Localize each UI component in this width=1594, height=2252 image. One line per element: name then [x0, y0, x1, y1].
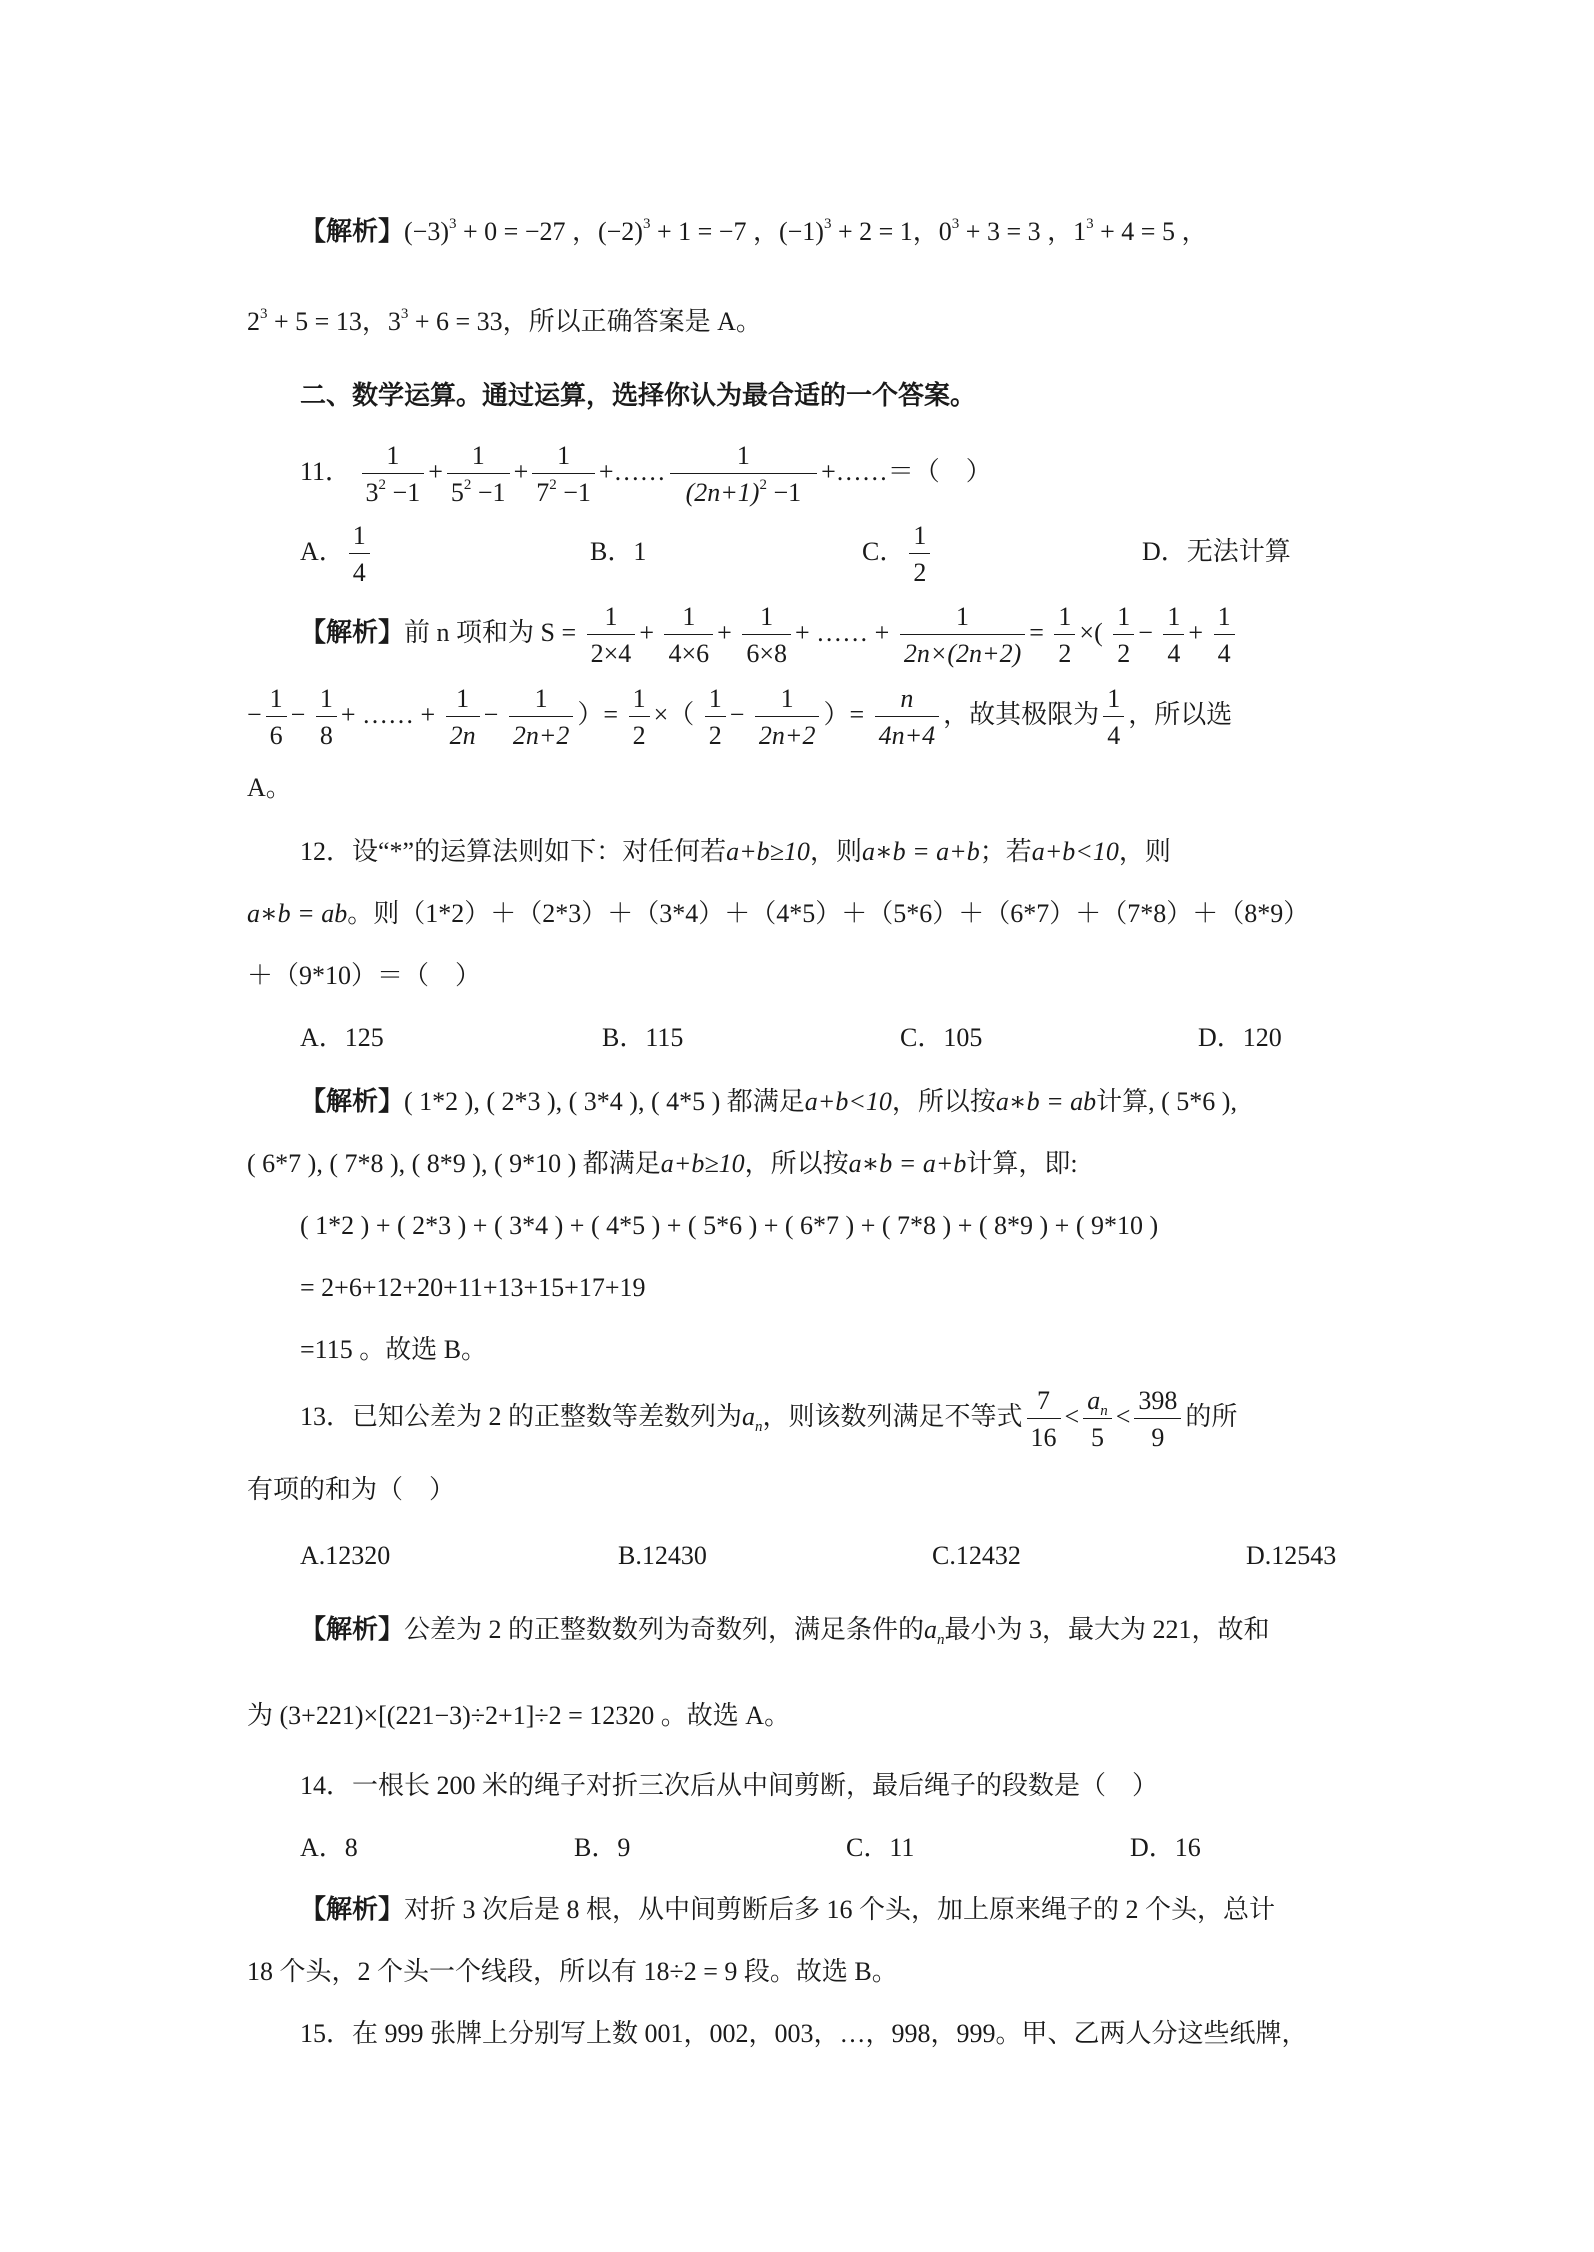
- fraction: 172 −1: [532, 443, 595, 506]
- q14-option-a[interactable]: A．8: [300, 1832, 358, 1864]
- q12-option-d[interactable]: D．120: [1198, 1022, 1282, 1054]
- q11-option-c[interactable]: C．12: [862, 520, 934, 584]
- q13-question-line1: 13．已知公差为 2 的正整数等差数列为an，则该数列满足不等式716<an5<…: [300, 1382, 1237, 1452]
- q14-analysis-line2: 18 个头，2 个头一个线段，所以有 18÷2 = 9 段。故选 B。: [247, 1956, 898, 1988]
- q12-option-b[interactable]: B．115: [602, 1022, 683, 1054]
- q13-option-a[interactable]: A.12320: [300, 1540, 390, 1572]
- fraction: 1(2n+1)2 −1: [670, 443, 818, 506]
- q14-analysis-line1: 【解析】对折 3 次后是 8 根，从中间剪断后多 16 个头，加上原来绳子的 2…: [300, 1894, 1275, 1926]
- q12-option-c[interactable]: C．105: [900, 1022, 982, 1054]
- q12-analysis-line4: = 2+6+12+20+11+13+15+17+19: [300, 1272, 646, 1304]
- q14-question: 14．一根长 200 米的绳子对折三次后从中间剪断，最后绳子的段数是（ ）: [300, 1770, 1158, 1802]
- q13-analysis-line1: 【解析】公差为 2 的正整数数列为奇数列，满足条件的an最小为 3，最大为 22…: [300, 1614, 1270, 1646]
- q12-question-line1: 12．设“*”的运算法则如下：对任何若a+b≥10，则a∗b = a+b；若a+…: [300, 836, 1171, 868]
- q11-option-a[interactable]: A．14: [300, 520, 374, 584]
- q12-option-a[interactable]: A．125: [300, 1022, 384, 1054]
- q13-analysis-line2: 为 (3+221)×[(221−3)÷2+1]÷2 = 12320 。故选 A。: [247, 1700, 790, 1732]
- fraction: 132 −1: [362, 443, 425, 506]
- q11-option-d[interactable]: D．无法计算: [1142, 536, 1291, 568]
- analysis-label: 【解析】: [300, 618, 404, 647]
- q12-analysis-line1: 【解析】( 1*2 ), ( 2*3 ), ( 3*4 ), ( 4*5 ) 都…: [300, 1086, 1237, 1118]
- q13-option-b[interactable]: B.12430: [618, 1540, 707, 1572]
- q10-analysis-line1: 【解析】(−3)3 + 0 = −27 ，(−2)3 + 1 = −7 ，(−1…: [300, 216, 1207, 248]
- section-heading: 二、数学运算。通过运算，选择你认为最合适的一个答案。: [300, 380, 976, 412]
- q11-question: 11． 132 −1+152 −1+172 −1+……1(2n+1)2 −1+……: [300, 440, 992, 504]
- q13-option-d[interactable]: D.12543: [1246, 1540, 1336, 1572]
- q11-option-b[interactable]: B．1: [590, 536, 646, 568]
- q12-question-line3: ＋（9*10）＝（ ）: [247, 960, 481, 992]
- q14-option-c[interactable]: C．11: [846, 1832, 914, 1864]
- q14-option-d[interactable]: D．16: [1130, 1832, 1201, 1864]
- q13-option-c[interactable]: C.12432: [932, 1540, 1021, 1572]
- q11-analysis-line2: −16− 18+ …… + 12n− 12n+2）= 12×（ 12− 12n+…: [247, 680, 1232, 750]
- q11-analysis-final: A。: [247, 772, 292, 804]
- analysis-label: 【解析】: [300, 217, 404, 246]
- question-number: 11．: [300, 457, 351, 486]
- q12-analysis-line3: ( 1*2 ) + ( 2*3 ) + ( 3*4 ) + ( 4*5 ) + …: [300, 1210, 1158, 1242]
- q11-analysis-line1: 【解析】前 n 项和为 S = 12×4+ 14×6+ 16×8+ …… + 1…: [300, 598, 1239, 668]
- q12-analysis-line2: ( 6*7 ), ( 7*8 ), ( 8*9 ), ( 9*10 ) 都满足a…: [247, 1148, 1078, 1180]
- q12-question-line2: a∗b = ab。则（1*2）＋（2*3）＋（3*4）＋（4*5）＋（5*6）＋…: [247, 898, 1309, 930]
- fraction: 152 −1: [447, 443, 510, 506]
- q12-analysis-line5: =115 。故选 B。: [300, 1334, 487, 1366]
- q13-question-line2: 有项的和为（ ）: [247, 1474, 455, 1506]
- q15-question: 15．在 999 张牌上分别写上数 001，002，003，…，998，999。…: [300, 2018, 1308, 2050]
- q14-option-b[interactable]: B．9: [574, 1832, 630, 1864]
- q10-analysis-line2: 23 + 5 = 13，33 + 6 = 33，所以正确答案是 A。: [247, 306, 762, 338]
